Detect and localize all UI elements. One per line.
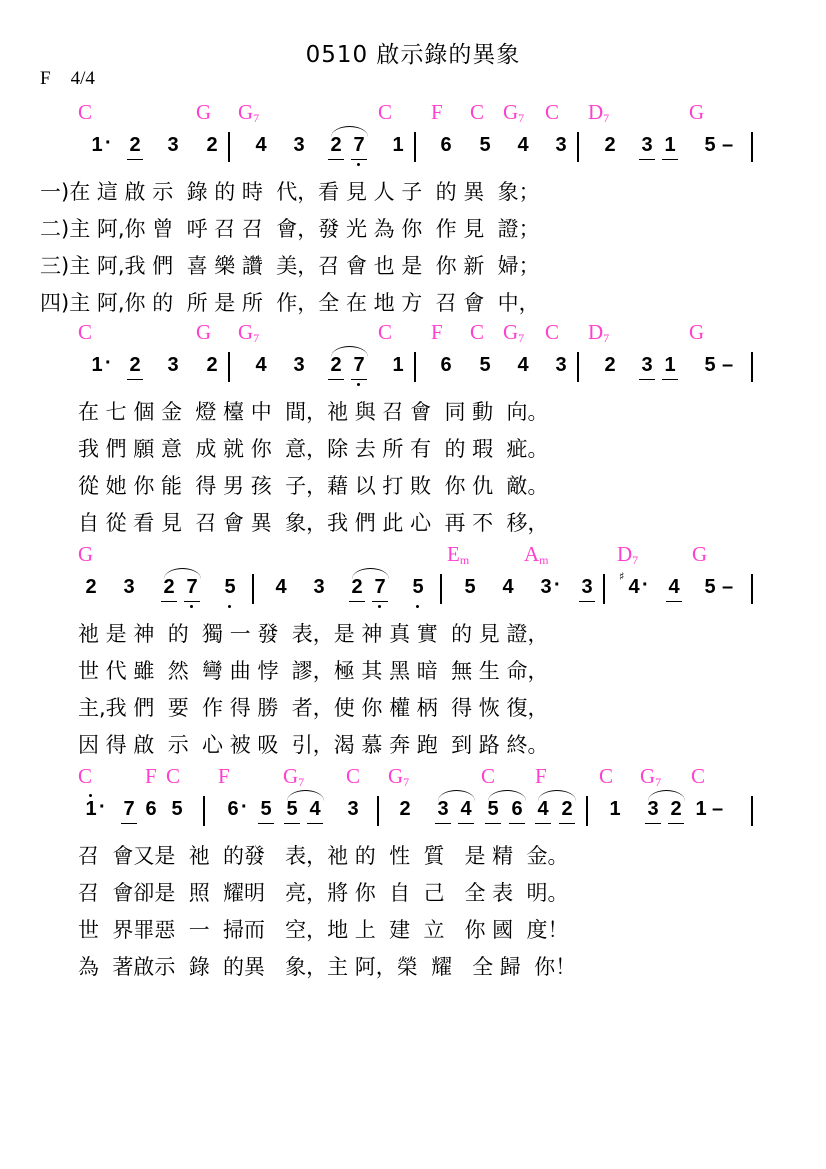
barline xyxy=(228,352,230,382)
note: 4 xyxy=(499,576,517,599)
note: 2 xyxy=(203,354,221,377)
augmentation-dot: · xyxy=(241,796,248,819)
note: 7 xyxy=(350,354,368,377)
chord-symbol: F xyxy=(145,764,157,789)
note: 2 xyxy=(327,354,345,377)
note: 3 xyxy=(552,134,570,157)
chord-symbol: C xyxy=(78,764,92,789)
note: 5 xyxy=(701,354,719,377)
note: 5 xyxy=(701,134,719,157)
lyric-line: 世 代 雖 然 彎 曲 悖 謬，極 其 黑 暗 無 生 命， xyxy=(78,655,548,685)
barline xyxy=(751,796,753,826)
chord-symbol: G xyxy=(692,542,707,567)
lyric-line: 二)主 阿,你 曾 呼 召 召 會，發 光 為 你 作 見 證； xyxy=(40,213,540,243)
chord-symbol: C xyxy=(346,764,360,789)
note: 4 xyxy=(514,354,532,377)
slur xyxy=(164,568,201,579)
time-signature: 4/4 xyxy=(71,68,95,89)
lyric-line: 召 會卻是 照 耀明 亮，將 你 自 己 全 表 明。 xyxy=(78,877,569,907)
augmentation-dot: · xyxy=(99,796,106,819)
note: 1 xyxy=(389,134,407,157)
lyric-line: 世 界罪惡 一 掃而 空，地 上 建 立 你 國 度！ xyxy=(78,914,569,944)
note: 7 xyxy=(120,798,138,821)
chord-symbol: G7 xyxy=(503,320,524,346)
note: 3 xyxy=(344,798,362,821)
chord-symbol: F xyxy=(431,320,443,345)
note: 4 xyxy=(272,576,290,599)
chord-symbol: C xyxy=(545,320,559,345)
slur xyxy=(648,790,685,801)
sustain-dash: – xyxy=(722,576,733,599)
chord-symbol: C xyxy=(599,764,613,789)
sharp-icon: ♯ xyxy=(619,570,624,583)
augmentation-dot: · xyxy=(105,132,112,155)
note: 3 xyxy=(644,798,662,821)
note: 2 xyxy=(82,576,100,599)
note: 2 xyxy=(601,354,619,377)
note: 5 xyxy=(701,576,719,599)
chord-symbol: G xyxy=(689,320,704,345)
note: 4 xyxy=(457,798,475,821)
note: 3 xyxy=(164,354,182,377)
lyric-line: 三)主 阿,我 們 喜 樂 讚 美，召 會 也 是 你 新 婦； xyxy=(40,250,540,280)
chord-symbol: D7 xyxy=(617,542,638,568)
note: 3 xyxy=(552,354,570,377)
note: 2 xyxy=(558,798,576,821)
chord-symbol: C xyxy=(470,100,484,125)
chord-symbol: C xyxy=(545,100,559,125)
note: 6 xyxy=(508,798,526,821)
augmentation-dot: · xyxy=(105,352,112,375)
note: 2 xyxy=(327,134,345,157)
note: 2 xyxy=(667,798,685,821)
note: 1 xyxy=(661,354,679,377)
note: 2 xyxy=(396,798,414,821)
barline xyxy=(751,574,753,604)
note: 3 xyxy=(164,134,182,157)
note: 7 xyxy=(371,576,389,599)
note: 7 xyxy=(183,576,201,599)
note: 3 xyxy=(638,134,656,157)
note: 1 xyxy=(661,134,679,157)
note: 2 xyxy=(126,354,144,377)
note: 1 xyxy=(88,354,106,377)
lyric-line: 因 得 啟 示 心 被 吸 引，渴 慕 奔 跑 到 路 終。 xyxy=(78,729,548,759)
note: 6 xyxy=(437,134,455,157)
chord-symbol: G7 xyxy=(283,764,304,790)
note: 5 xyxy=(476,354,494,377)
chord-symbol: C xyxy=(166,764,180,789)
sustain-dash: – xyxy=(722,354,733,377)
slur xyxy=(538,790,576,801)
chord-symbol: D7 xyxy=(588,320,609,346)
note: 5 xyxy=(168,798,186,821)
note: 4 xyxy=(252,354,270,377)
augmentation-dot: · xyxy=(642,574,649,597)
note: 3 xyxy=(638,354,656,377)
note: 1 xyxy=(88,134,106,157)
note: 5 xyxy=(409,576,427,599)
chord-symbol: G xyxy=(78,542,93,567)
lyric-line: 在 七 個 金 燈 檯 中 間，祂 與 召 會 同 動 向。 xyxy=(78,396,548,426)
barline xyxy=(414,132,416,162)
slur xyxy=(331,126,368,137)
barline xyxy=(252,574,254,604)
chord-symbol: C xyxy=(470,320,484,345)
note: 6 xyxy=(142,798,160,821)
chord-symbol: C xyxy=(378,100,392,125)
barline xyxy=(751,132,753,162)
sustain-dash: – xyxy=(712,798,723,821)
lyric-line: 召 會又是 祂 的發 表，祂 的 性 質 是 精 金。 xyxy=(78,840,569,870)
slur xyxy=(352,568,389,579)
note: 4 xyxy=(306,798,324,821)
barline xyxy=(414,352,416,382)
chord-symbol: G7 xyxy=(503,100,524,126)
chord-symbol: C xyxy=(691,764,705,789)
barline xyxy=(440,574,442,604)
lyric-line: 四)主 阿,你 的 所 是 所 作，全 在 地 方 召 會 中， xyxy=(40,287,540,317)
barline xyxy=(586,796,588,826)
barline xyxy=(603,574,605,604)
note: 3 xyxy=(290,134,308,157)
lyric-line: 主,我 們 要 作 得 勝 者，使 你 權 柄 得 恢 復， xyxy=(78,692,548,722)
chord-symbol: C xyxy=(78,320,92,345)
note: 4 xyxy=(514,134,532,157)
barline xyxy=(577,352,579,382)
chord-symbol: Em xyxy=(447,542,469,568)
chord-symbol: F xyxy=(431,100,443,125)
note: 4 xyxy=(625,576,643,599)
song-title: 0510 啟示錄的異象 xyxy=(0,36,826,69)
chord-symbol: G xyxy=(689,100,704,125)
note: 5 xyxy=(484,798,502,821)
note: 5 xyxy=(461,576,479,599)
chord-symbol: G7 xyxy=(238,320,259,346)
slur xyxy=(438,790,475,801)
note: 1 xyxy=(606,798,624,821)
note: 2 xyxy=(348,576,366,599)
note: 2 xyxy=(126,134,144,157)
sustain-dash: – xyxy=(722,134,733,157)
slur xyxy=(331,346,368,357)
barline xyxy=(203,796,205,826)
note: 1 xyxy=(82,798,100,821)
chord-symbol: G xyxy=(196,320,211,345)
slur xyxy=(287,790,324,801)
lyric-line: 祂 是 神 的 獨 一 發 表，是 神 真 實 的 見 證， xyxy=(78,618,548,648)
barline xyxy=(377,796,379,826)
note: 3 xyxy=(578,576,596,599)
note: 7 xyxy=(350,134,368,157)
barline xyxy=(577,132,579,162)
chord-symbol: C xyxy=(78,100,92,125)
slur xyxy=(488,790,526,801)
chord-symbol: Am xyxy=(524,542,549,568)
lyric-line: 我 們 願 意 成 就 你 意，除 去 所 有 的 瑕 疵。 xyxy=(78,433,548,463)
lyric-line: 自 從 看 見 召 會 異 象，我 們 此 心 再 不 移， xyxy=(78,507,548,537)
note: 5 xyxy=(283,798,301,821)
chord-symbol: G7 xyxy=(388,764,409,790)
chord-symbol: G7 xyxy=(640,764,661,790)
note: 5 xyxy=(476,134,494,157)
augmentation-dot: · xyxy=(554,574,561,597)
note: 2 xyxy=(203,134,221,157)
note: 1 xyxy=(389,354,407,377)
chord-symbol: C xyxy=(481,764,495,789)
note: 2 xyxy=(601,134,619,157)
note: 6 xyxy=(437,354,455,377)
note: 3 xyxy=(310,576,328,599)
note: 3 xyxy=(120,576,138,599)
note: 1 xyxy=(692,798,710,821)
lyric-line: 為 著啟示 錄 的異 象，主 阿，榮 耀 全 歸 你！ xyxy=(78,951,576,981)
chord-symbol: C xyxy=(378,320,392,345)
note: 4 xyxy=(252,134,270,157)
lyric-line: 從 她 你 能 得 男 孩 子，藉 以 打 敗 你 仇 敵。 xyxy=(78,470,548,500)
chord-symbol: G xyxy=(196,100,211,125)
note: 4 xyxy=(665,576,683,599)
chord-symbol: F xyxy=(535,764,547,789)
chord-symbol: F xyxy=(218,764,230,789)
note: 5 xyxy=(221,576,239,599)
lyric-line: 一)在 這 啟 示 錄 的 時 代，看 見 人 子 的 異 象； xyxy=(40,176,540,206)
note: 3 xyxy=(537,576,555,599)
note: 2 xyxy=(160,576,178,599)
note: 3 xyxy=(290,354,308,377)
note: 5 xyxy=(257,798,275,821)
barline xyxy=(228,132,230,162)
barline xyxy=(751,352,753,382)
chord-symbol: D7 xyxy=(588,100,609,126)
note: 4 xyxy=(534,798,552,821)
chord-symbol: G7 xyxy=(238,100,259,126)
note: 3 xyxy=(434,798,452,821)
note: 6 xyxy=(224,798,242,821)
key-signature: F4/4 xyxy=(40,68,115,90)
key: F xyxy=(40,68,51,89)
